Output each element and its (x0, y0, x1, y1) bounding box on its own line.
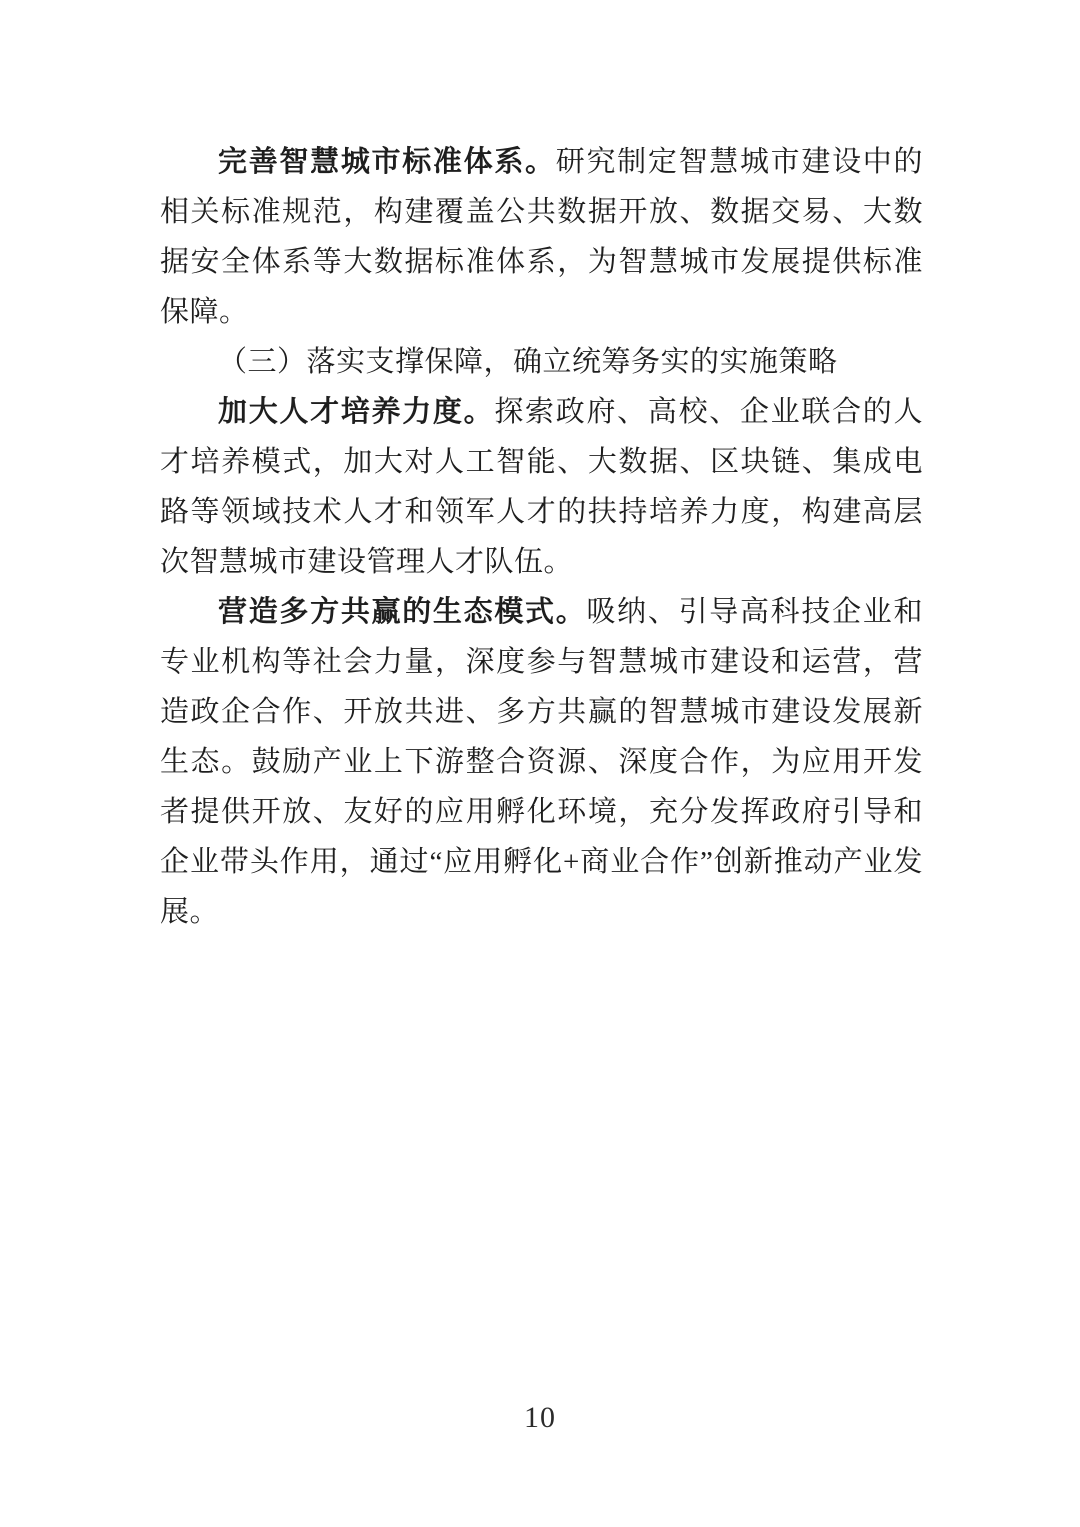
paragraph-lead-ecosystem: 营造多方共赢的生态模式。 (218, 596, 586, 628)
section-heading-support-guarantee: （三）落实支撑保障，确立统筹务实的实施策略 (160, 337, 923, 387)
page-number: 10 (0, 1398, 1080, 1438)
paragraph-lead-talent: 加大人才培养力度。 (218, 396, 494, 428)
paragraph-lead-standards: 完善智慧城市标准体系。 (218, 146, 556, 178)
document-page: 完善智慧城市标准体系。研究制定智慧城市建设中的相关标准规范，构建覆盖公共数据开放… (0, 0, 1080, 1527)
document-text-block: 完善智慧城市标准体系。研究制定智慧城市建设中的相关标准规范，构建覆盖公共数据开放… (160, 137, 923, 937)
paragraph-talent-cultivation: 加大人才培养力度。探索政府、高校、企业联合的人才培养模式，加大对人工智能、大数据… (160, 387, 923, 587)
paragraph-body-ecosystem: 吸纳、引导高科技企业和专业机构等社会力量，深度参与智慧城市建设和运营，营造政企合… (160, 596, 923, 928)
paragraph-standards-system: 完善智慧城市标准体系。研究制定智慧城市建设中的相关标准规范，构建覆盖公共数据开放… (160, 137, 923, 337)
paragraph-win-win-ecosystem: 营造多方共赢的生态模式。吸纳、引导高科技企业和专业机构等社会力量，深度参与智慧城… (160, 587, 923, 937)
